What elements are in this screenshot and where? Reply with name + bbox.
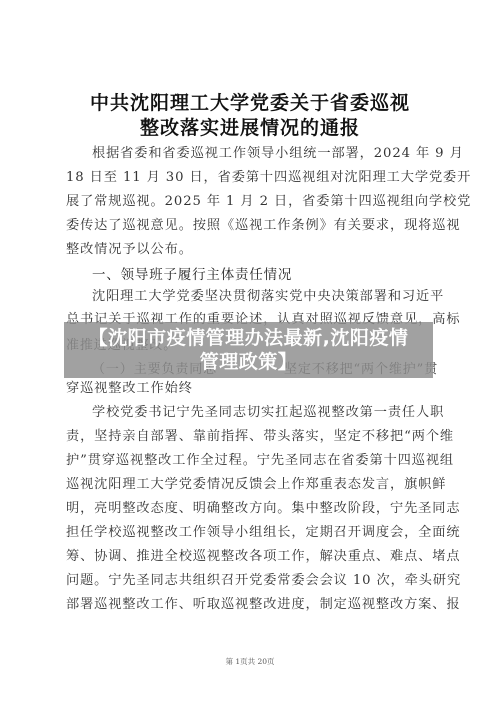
intro-line: 委传达了巡视意见。按照《巡视工作条例》有关要求，现将巡视 xyxy=(66,217,438,234)
body-line: 筹、协调、推进全校巡视整改各项工作，解决重点、难点、堵点 xyxy=(66,548,438,565)
body-line: 部署巡视整改工作、听取巡视整改进度，制定巡视整改方案、报 xyxy=(66,596,438,613)
body-line: 责，坚持亲自部署、靠前指挥、带头落实，坚定不移把“两个维 xyxy=(66,428,438,445)
page-footer: 第 1页共 20页 xyxy=(0,656,500,667)
document-title-line-1: 中共沈阳理工大学党委关于省委巡视 xyxy=(0,88,500,115)
intro-line: 18 日至 11 月 30 日，省委第十四巡视组对沈阳理工大学党委开 xyxy=(66,169,438,186)
body-line: 担任学校巡视整改工作领导小组组长，定期召开调度会，全面统 xyxy=(66,524,438,541)
banner-title-line-1: 【沈阳市疫情管理办法最新,沈阳疫情 xyxy=(89,326,409,350)
body-line: 明，亮明整改态度、明确整改方向。集中整改阶段，宁先圣同志 xyxy=(66,500,438,517)
section-heading: 一、领导班子履行主体责任情况 xyxy=(92,263,292,283)
subsection-heading-cont: 穿巡视整改工作始终 xyxy=(66,380,438,397)
body-line: 巡视沈阳理工大学党委情况反馈会上作郑重表态发言，旗帜鲜 xyxy=(66,476,438,493)
section-line: 沈阳理工大学党委坚决贯彻落实党中央决策部署和习近平 xyxy=(92,288,438,305)
article-title-banner[interactable]: 【沈阳市疫情管理办法最新,沈阳疫情 管理政策】 xyxy=(64,322,433,378)
body-line: 学校党委书记宁先圣同志切实扛起巡视整改第一责任人职 xyxy=(92,404,438,421)
intro-line: 整改情况予以公布。 xyxy=(66,241,438,258)
body-line: 护”贯穿巡视整改工作全过程。宁先圣同志在省委第十四巡视组 xyxy=(66,452,438,469)
banner-title-line-2: 管理政策】 xyxy=(200,350,298,374)
intro-line: 展了常规巡视。2025 年 1 月 2 日，省委第十四巡视组向学校党 xyxy=(66,193,438,210)
document-page: 中共沈阳理工大学党委关于省委巡视 整改落实进展情况的通报 根据省委和省委巡视工作… xyxy=(0,0,500,707)
body-line: 问题。宁先圣同志共组织召开党委常委会会议 10 次，牵头研究 xyxy=(66,572,438,589)
intro-line: 根据省委和省委巡视工作领导小组统一部署，2024 年 9 月 xyxy=(92,145,438,162)
document-title-line-2: 整改落实进展情况的通报 xyxy=(0,113,500,140)
banner-title: 【沈阳市疫情管理办法最新,沈阳疫情 管理政策】 xyxy=(64,322,433,378)
